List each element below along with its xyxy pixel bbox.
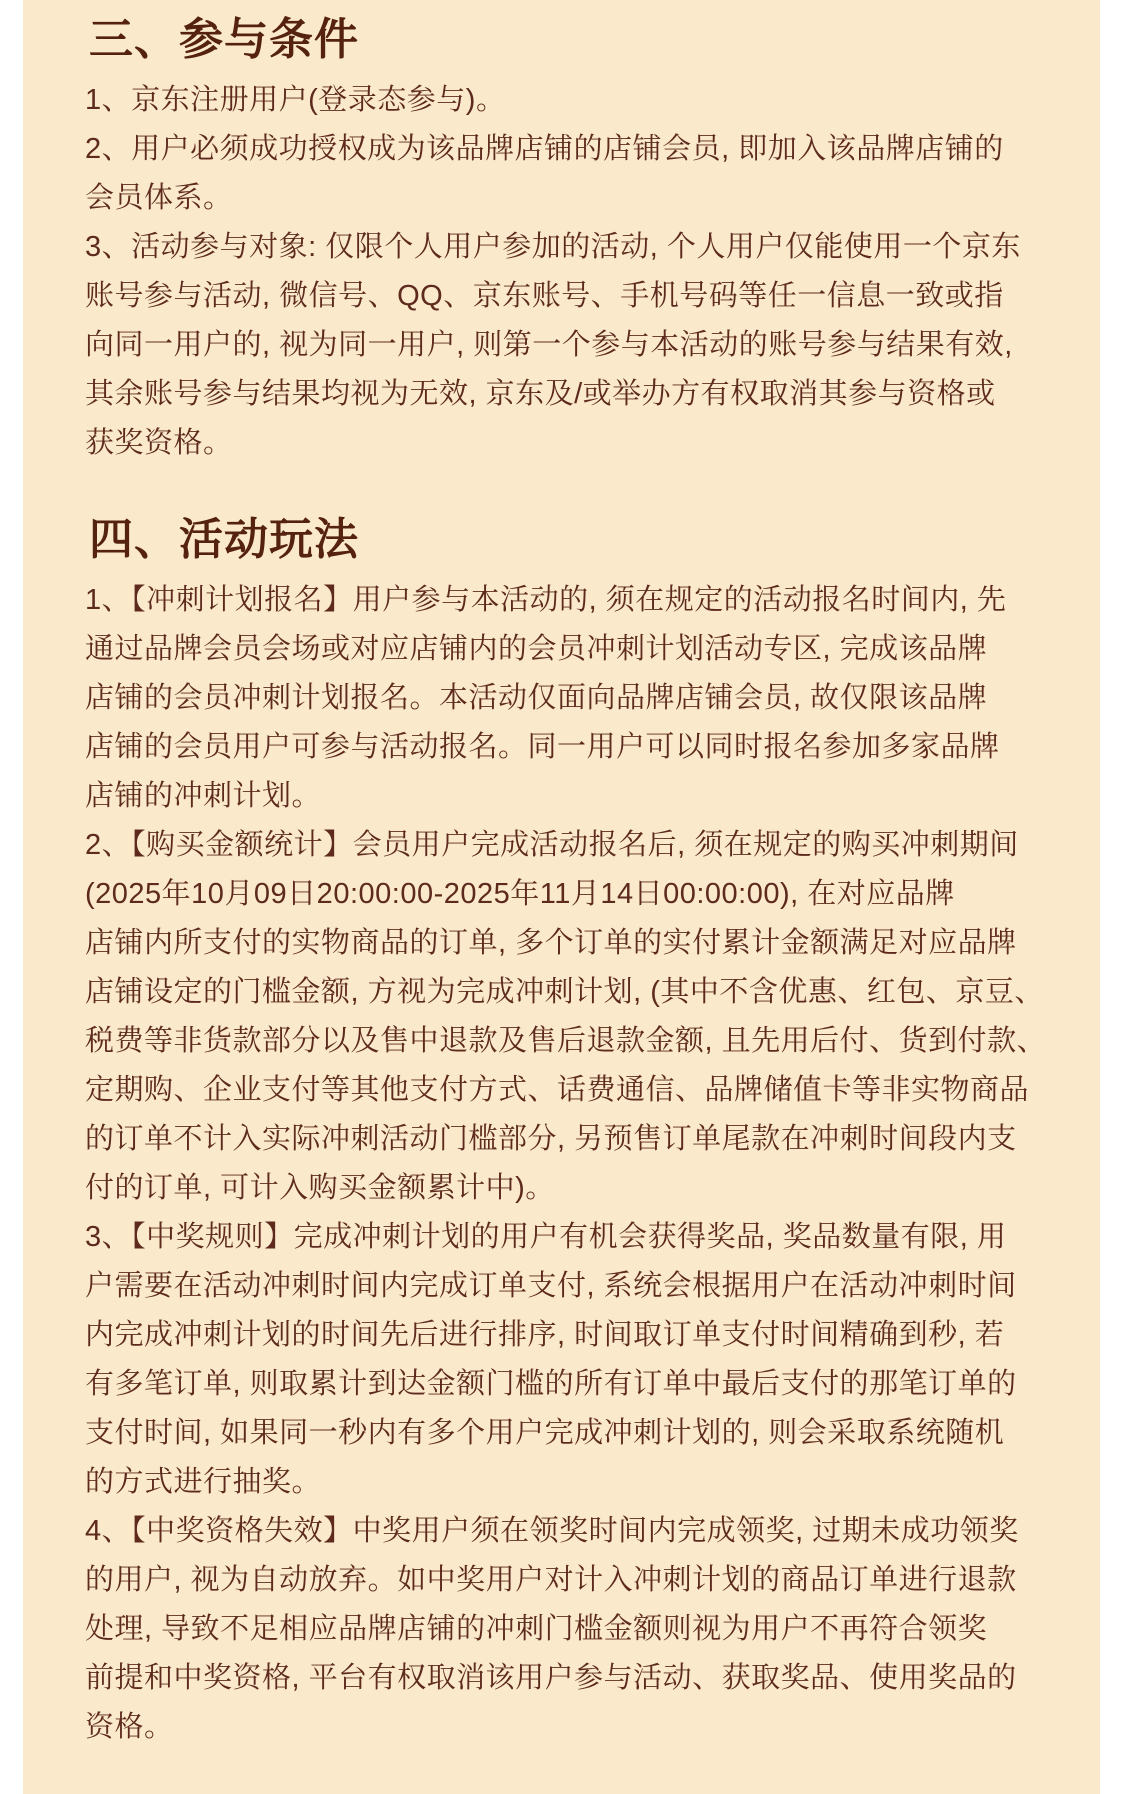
section-divider-gap	[85, 468, 1064, 514]
rule-line: 2、【购买金额统计】会员用户完成活动报名后, 须在规定的购买冲刺期间	[85, 821, 1064, 870]
rule-line: 处理, 导致不足相应品牌店铺的冲刺门槛金额则视为用户不再符合领奖	[85, 1605, 1064, 1654]
rule-line: 店铺设定的门槛金额, 方视为完成冲刺计划, (其中不含优惠、红包、京豆、	[85, 968, 1064, 1017]
rules-card: 三、参与条件 1、京东注册用户(登录态参与)。 2、用户必须成功授权成为该品牌店…	[23, 0, 1100, 1794]
rule-line: 税费等非货款部分以及售中退款及售后退款金额, 且先用后付、货到付款、	[85, 1017, 1064, 1066]
rule-line: 账号参与活动, 微信号、QQ、京东账号、手机号码等任一信息一致或指	[85, 272, 1064, 321]
rule-line: 店铺内所支付的实物商品的订单, 多个订单的实付累计金额满足对应品牌	[85, 919, 1064, 968]
rule-line: 通过品牌会员会场或对应店铺内的会员冲刺计划活动专区, 完成该品牌	[85, 625, 1064, 674]
rule-line: 付的订单, 可计入购买金额累计中)。	[85, 1164, 1064, 1213]
rule-line: 店铺的冲刺计划。	[85, 772, 1064, 821]
rule-line: 3、活动参与对象: 仅限个人用户参加的活动, 个人用户仅能使用一个京东	[85, 223, 1064, 272]
rule-line: 资格。	[85, 1703, 1064, 1752]
rule-line: 定期购、企业支付等其他支付方式、话费通信、品牌储值卡等非实物商品	[85, 1066, 1064, 1115]
section-participation-conditions: 三、参与条件 1、京东注册用户(登录态参与)。 2、用户必须成功授权成为该品牌店…	[85, 14, 1064, 468]
section-activity-gameplay: 四、活动玩法 1、【冲刺计划报名】用户参与本活动的, 须在规定的活动报名时间内,…	[85, 514, 1064, 1752]
rule-line: 店铺的会员用户可参与活动报名。同一用户可以同时报名参加多家品牌	[85, 723, 1064, 772]
rule-line: 的用户, 视为自动放弃。如中奖用户对计入冲刺计划的商品订单进行退款	[85, 1556, 1064, 1605]
rule-line: 的订单不计入实际冲刺活动门槛部分, 另预售订单尾款在冲刺时间段内支	[85, 1115, 1064, 1164]
section-heading-participation-conditions: 三、参与条件	[89, 14, 1064, 66]
rule-line: 有多笔订单, 则取累计到达金额门槛的所有订单中最后支付的那笔订单的	[85, 1360, 1064, 1409]
rule-line: 1、京东注册用户(登录态参与)。	[85, 76, 1064, 125]
rule-line: 会员体系。	[85, 174, 1064, 223]
rule-line: 支付时间, 如果同一秒内有多个用户完成冲刺计划的, 则会采取系统随机	[85, 1409, 1064, 1458]
rule-line: 4、【中奖资格失效】中奖用户须在领奖时间内完成领奖, 过期未成功领奖	[85, 1507, 1064, 1556]
rule-line: 前提和中奖资格, 平台有权取消该用户参与活动、获取奖品、使用奖品的	[85, 1654, 1064, 1703]
rule-line: 2、用户必须成功授权成为该品牌店铺的店铺会员, 即加入该品牌店铺的	[85, 125, 1064, 174]
rule-line: 店铺的会员冲刺计划报名。本活动仅面向品牌店铺会员, 故仅限该品牌	[85, 674, 1064, 723]
rule-line: 的方式进行抽奖。	[85, 1458, 1064, 1507]
rule-line: 内完成冲刺计划的时间先后进行排序, 时间取订单支付时间精确到秒, 若	[85, 1311, 1064, 1360]
section-heading-activity-gameplay: 四、活动玩法	[89, 514, 1064, 566]
rule-line: 其余账号参与结果均视为无效, 京东及/或举办方有权取消其参与资格或	[85, 370, 1064, 419]
rule-line: (2025年10月09日20:00:00-2025年11月14日00:00:00…	[85, 870, 1064, 919]
rules-page: 三、参与条件 1、京东注册用户(登录态参与)。 2、用户必须成功授权成为该品牌店…	[0, 0, 1125, 1794]
rule-line: 获奖资格。	[85, 419, 1064, 468]
rule-line: 1、【冲刺计划报名】用户参与本活动的, 须在规定的活动报名时间内, 先	[85, 576, 1064, 625]
rule-line: 户需要在活动冲刺时间内完成订单支付, 系统会根据用户在活动冲刺时间	[85, 1262, 1064, 1311]
rule-line: 向同一用户的, 视为同一用户, 则第一个参与本活动的账号参与结果有效,	[85, 321, 1064, 370]
rule-line: 3、【中奖规则】完成冲刺计划的用户有机会获得奖品, 奖品数量有限, 用	[85, 1213, 1064, 1262]
